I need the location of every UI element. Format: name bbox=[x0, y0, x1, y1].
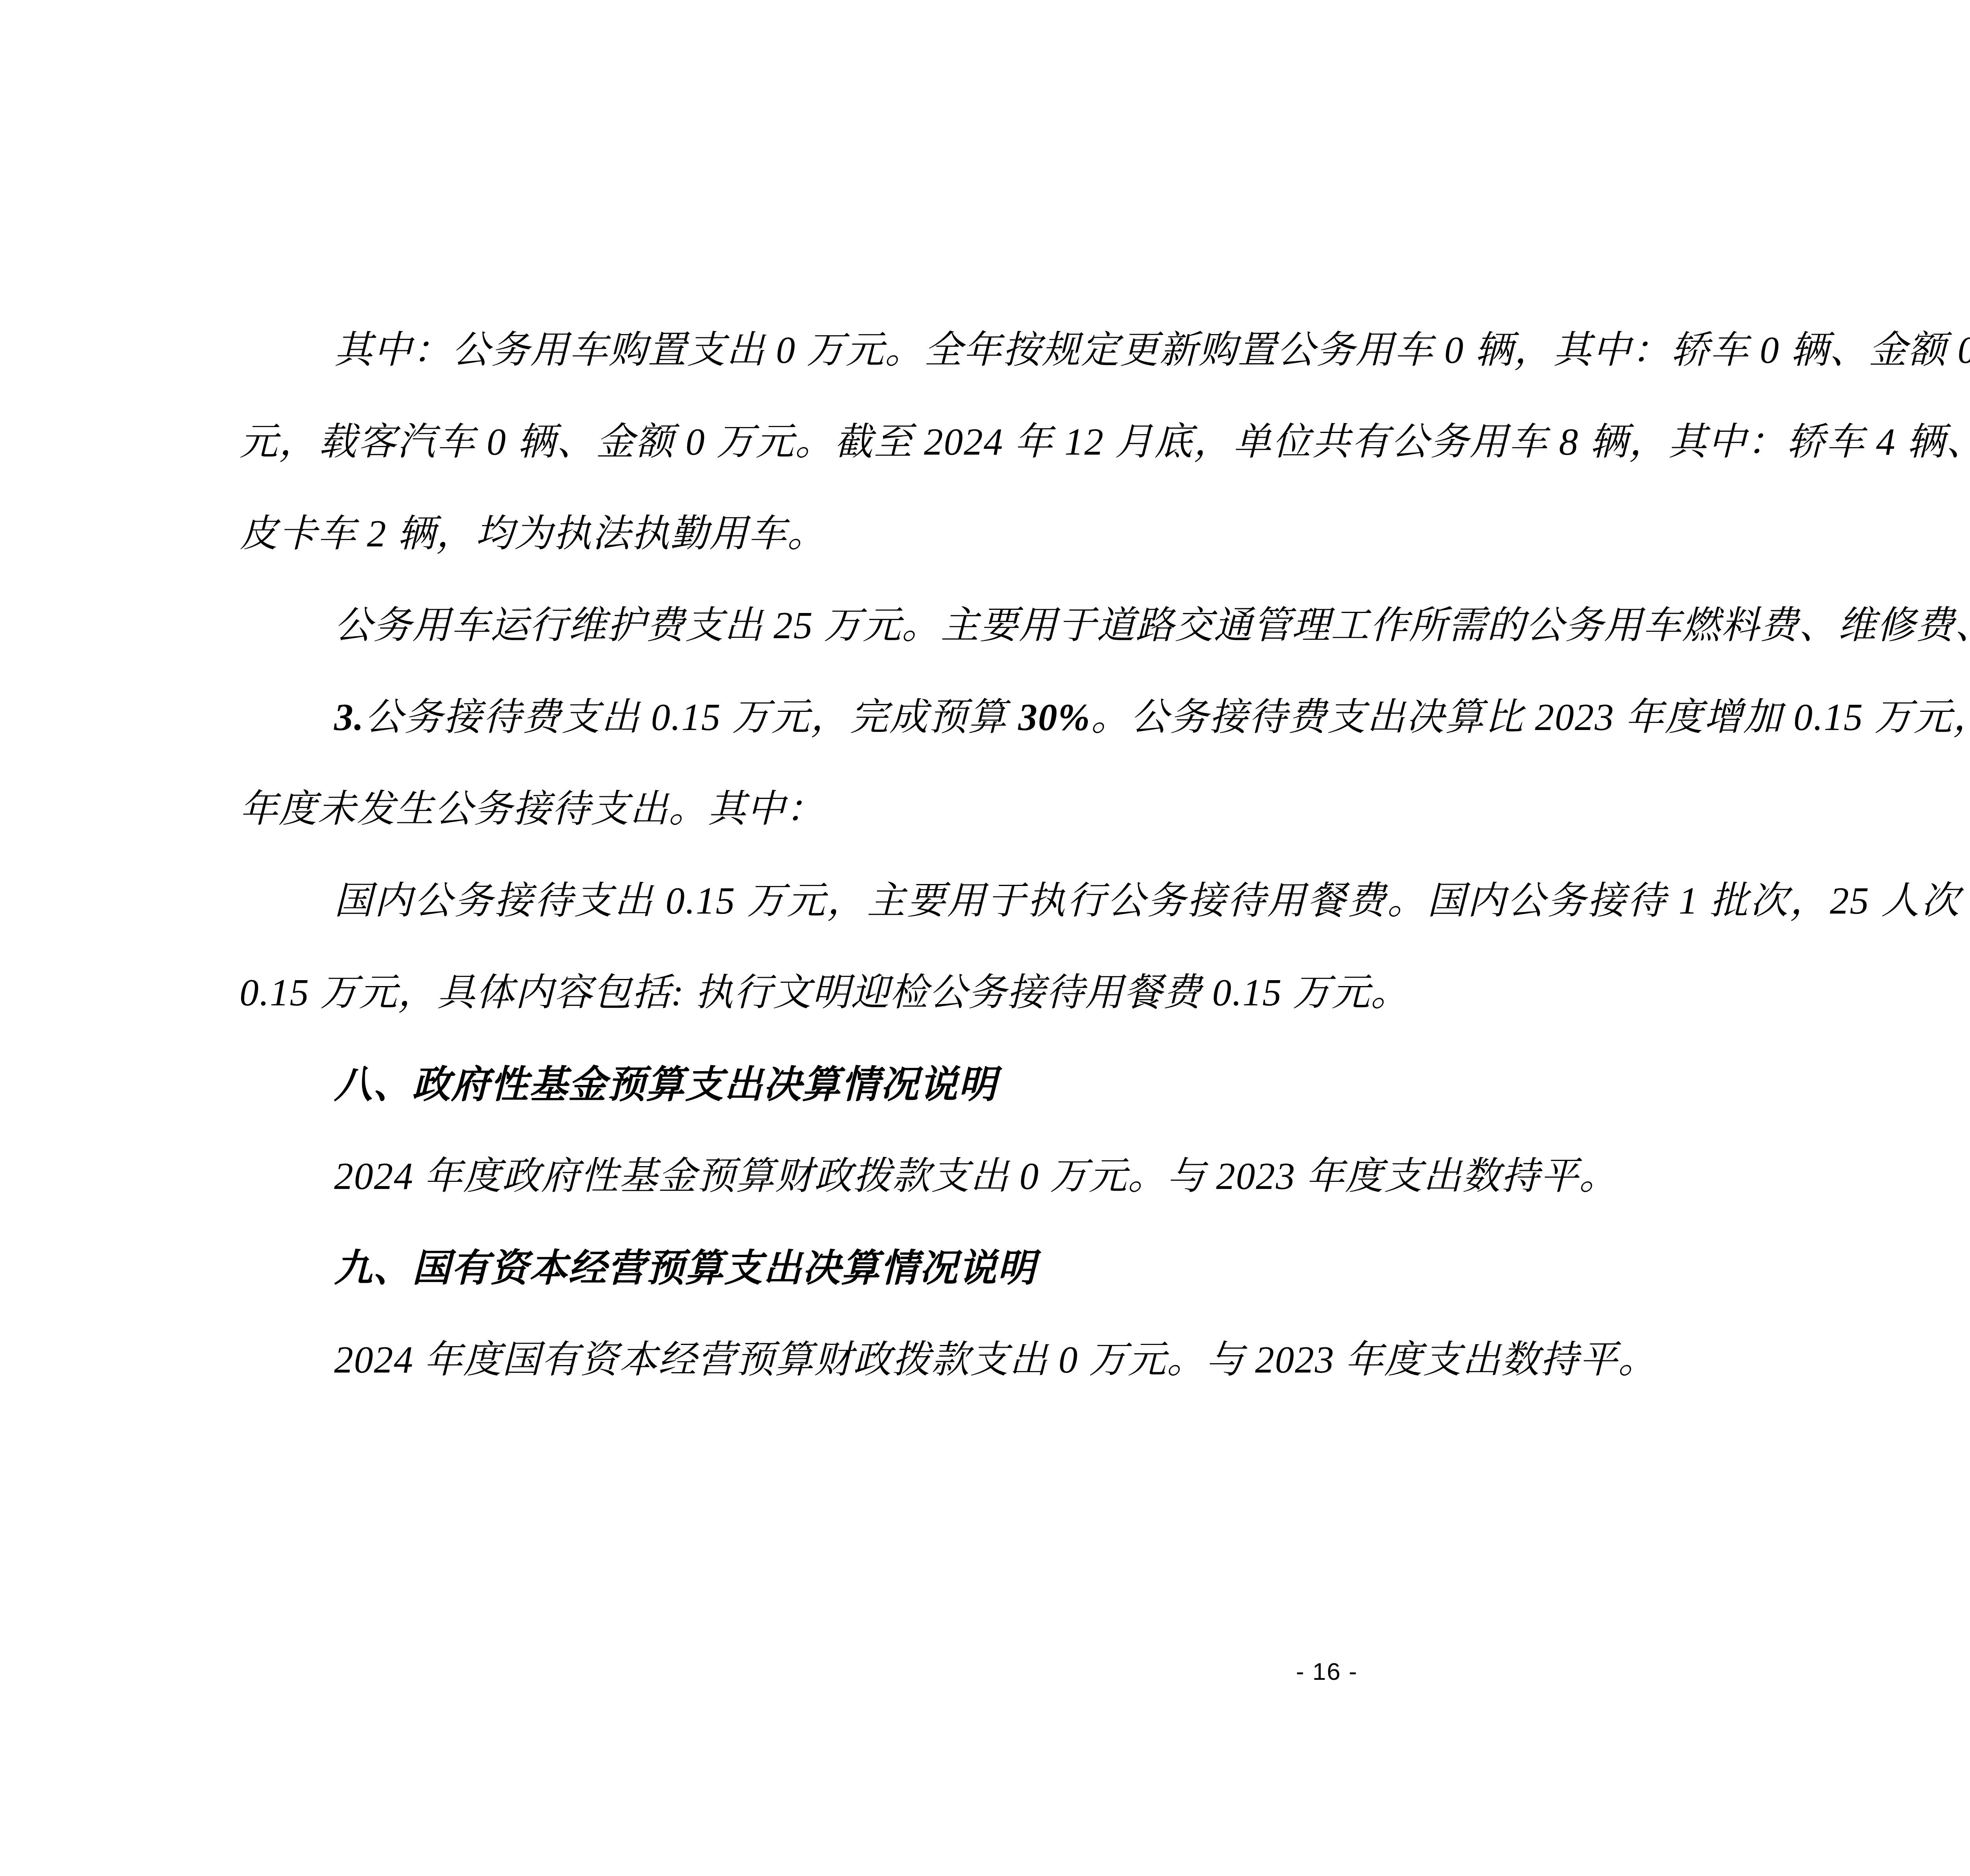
section-heading: 九、国有资本经营预算支出决算情况说明 bbox=[240, 1222, 1970, 1314]
text-run: 30% bbox=[1018, 696, 1091, 738]
document-page: 其中：公务用车购置支出 0 万元。全年按规定更新购置公务用车 0 辆，其中：轿车… bbox=[0, 0, 1970, 1876]
text-content: 其中：公务用车购置支出 0 万元。全年按规定更新购置公务用车 0 辆，其中：轿车… bbox=[240, 304, 1970, 1406]
paragraph: 其中：公务用车购置支出 0 万元。全年按规定更新购置公务用车 0 辆，其中：轿车… bbox=[240, 304, 1970, 580]
section-heading: 八、政府性基金预算支出决算情况说明 bbox=[240, 1038, 1970, 1130]
page-number: - 16 - bbox=[1296, 1658, 1358, 1685]
text-run: 九、国有资本经营预算支出决算情况说明 bbox=[334, 1246, 1036, 1289]
paragraph: 2024 年度政府性基金预算财政拨款支出 0 万元。与 2023 年度支出数持平… bbox=[240, 1130, 1970, 1222]
text-run: 公务用车运行维护费支出 25 万元。主要用于道路交通管理工作所需的公务用车燃料费… bbox=[334, 604, 1970, 646]
text-run: 八、政府性基金预算支出决算情况说明 bbox=[334, 1063, 997, 1106]
paragraph: 3.公务接待费支出 0.15 万元，完成预算 30%。公务接待费支出决算比 20… bbox=[240, 671, 1970, 855]
text-run: 公务接待费支出 0.15 万元，完成预算 bbox=[364, 696, 1018, 738]
text-run: 国内公务接待支出 0.15 万元，主要用于执行公务接待用餐费。国内公务接待 1 … bbox=[240, 880, 1970, 1014]
paragraph: 2024 年度国有资本经营预算财政拨款支出 0 万元。与 2023 年度支出数持… bbox=[240, 1314, 1970, 1406]
text-run: 其中：公务用车购置支出 0 万元。全年按规定更新购置公务用车 0 辆，其中：轿车… bbox=[240, 329, 1970, 555]
paragraph: 国内公务接待支出 0.15 万元，主要用于执行公务接待用餐费。国内公务接待 1 … bbox=[240, 855, 1970, 1038]
paragraph: 公务用车运行维护费支出 25 万元。主要用于道路交通管理工作所需的公务用车燃料费… bbox=[240, 580, 1970, 671]
text-run: 2024 年度政府性基金预算财政拨款支出 0 万元。与 2023 年度支出数持平… bbox=[334, 1155, 1618, 1197]
text-run: 2024 年度国有资本经营预算财政拨款支出 0 万元。与 2023 年度支出数持… bbox=[334, 1339, 1657, 1381]
text-run: 3. bbox=[334, 696, 364, 738]
page-footer: - 16 - bbox=[0, 1658, 1970, 1686]
